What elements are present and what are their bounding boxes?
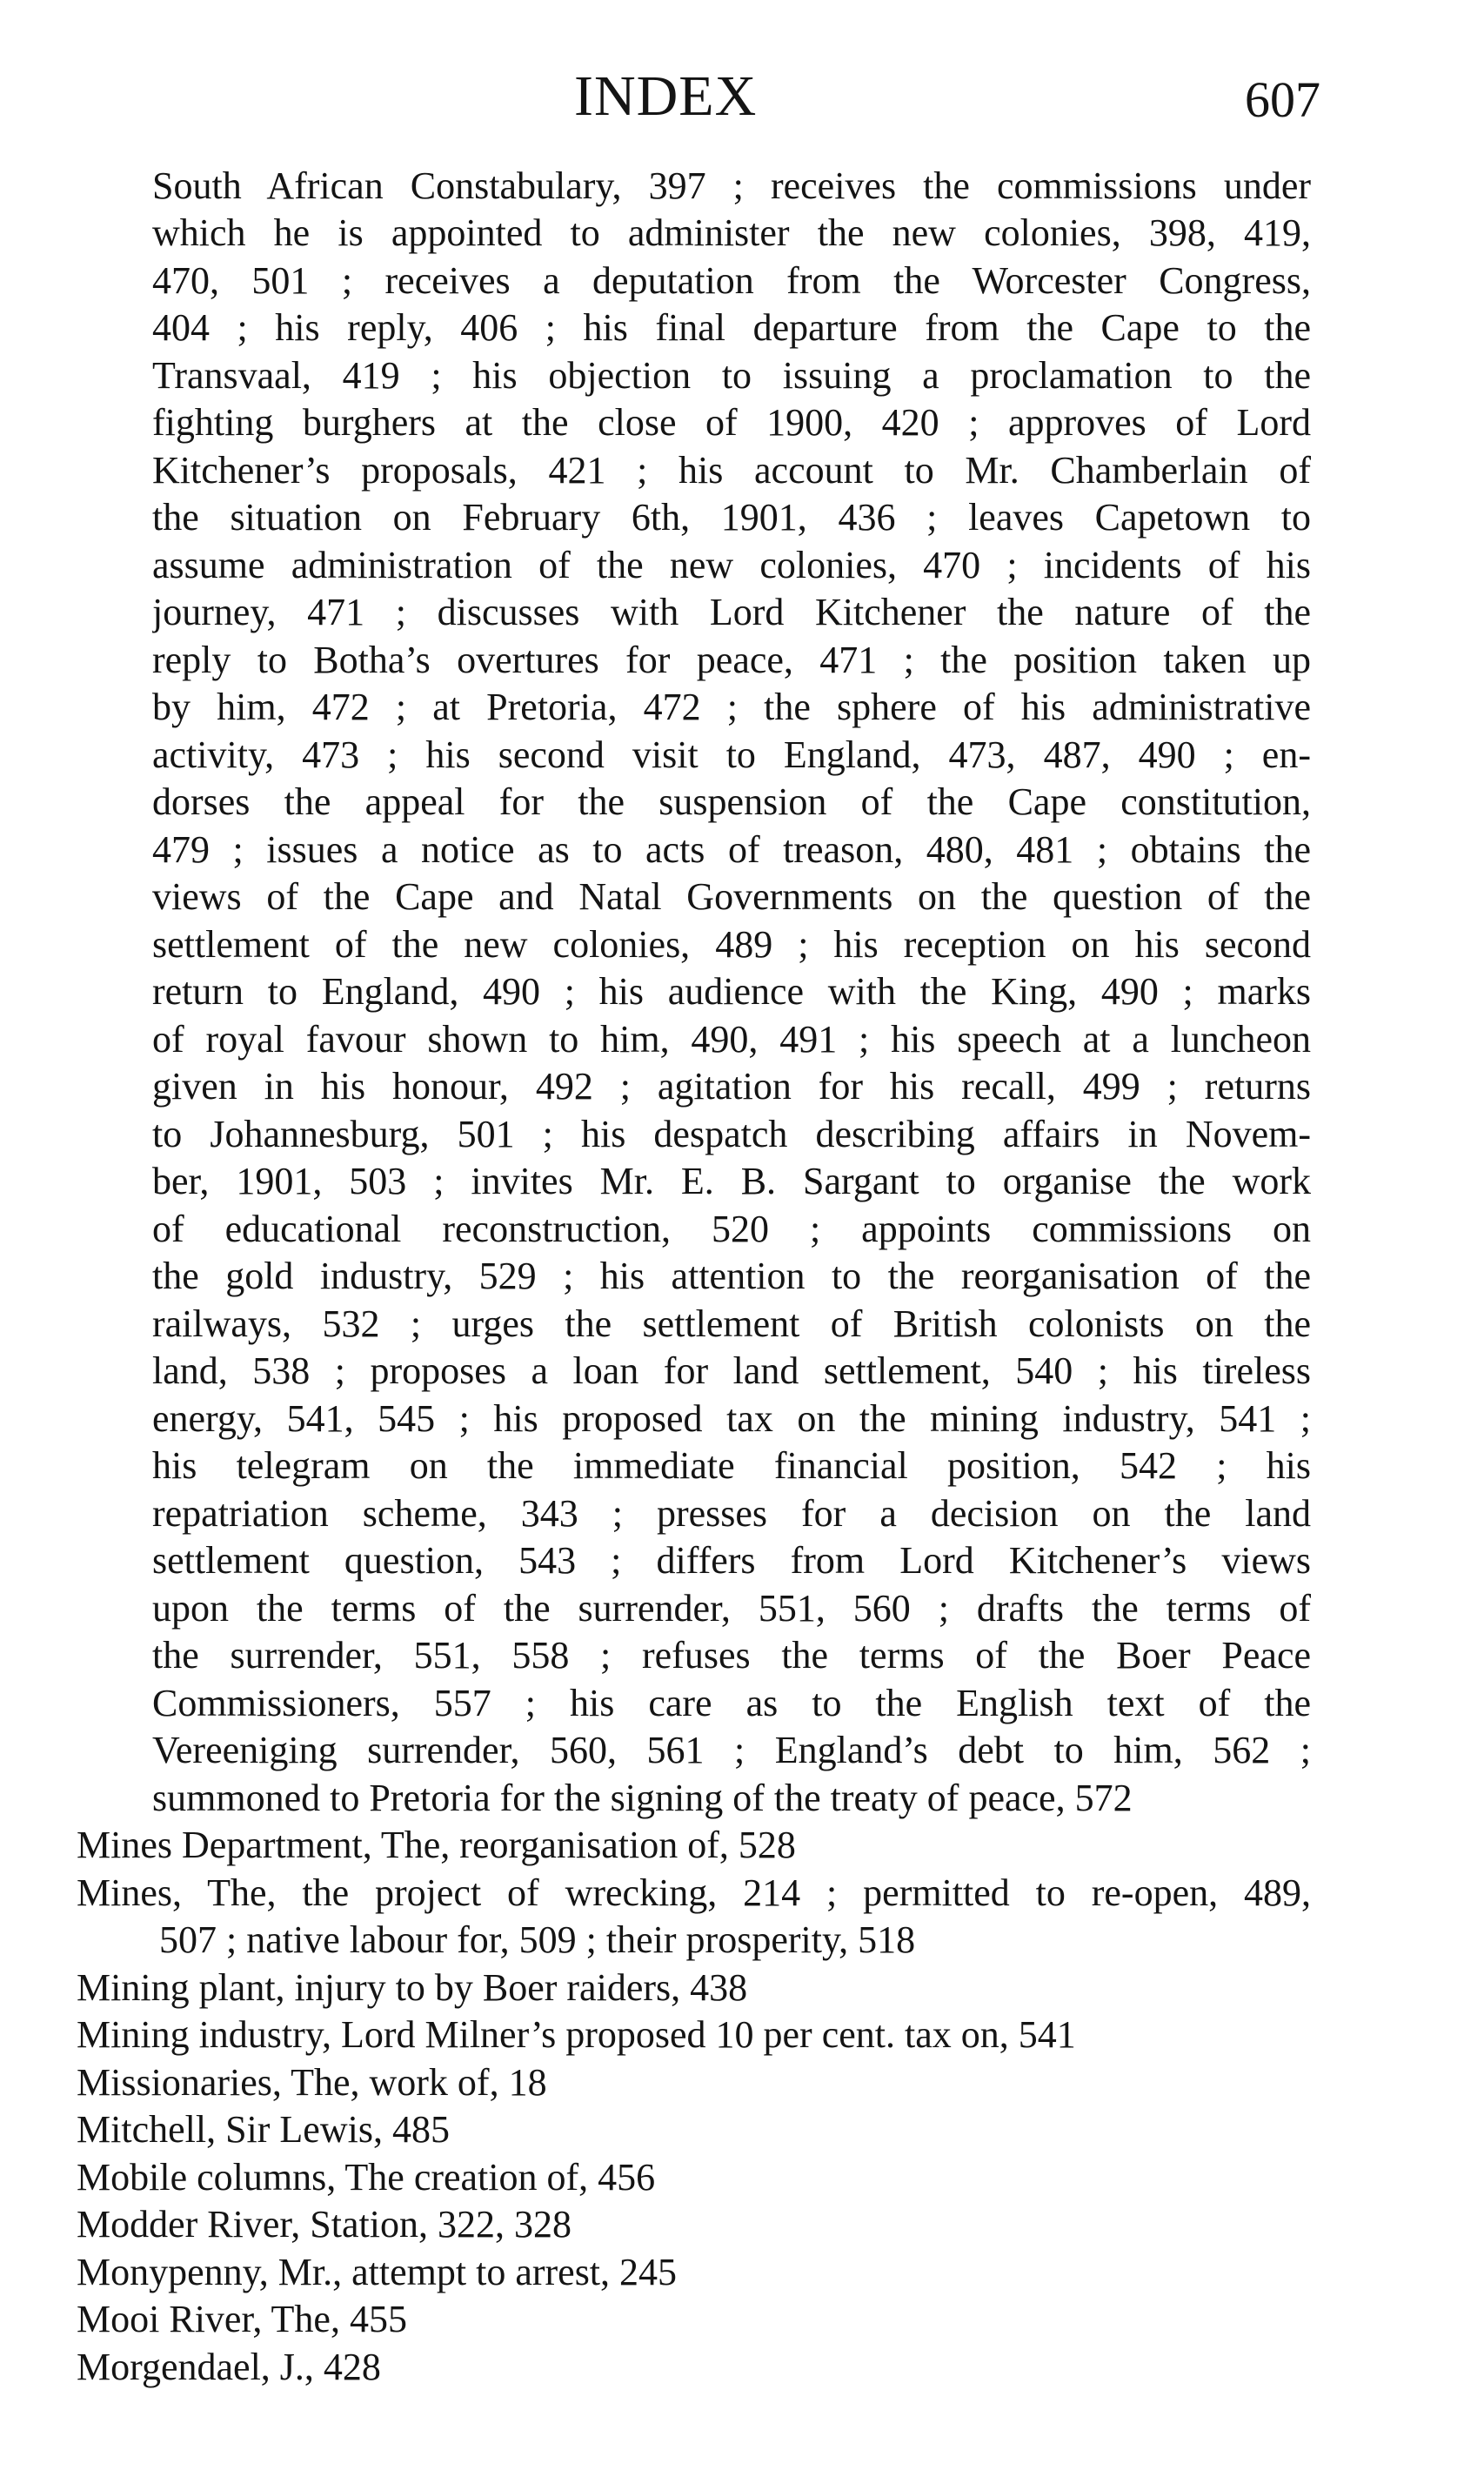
index-line: South African Constabulary, 397 ; receiv…	[152, 163, 1311, 210]
index-line: ber, 1901, 503 ; invites Mr. E. B. Sarga…	[152, 1158, 1311, 1205]
index-line: energy, 541, 545 ; his proposed tax on t…	[152, 1396, 1311, 1443]
index-line: to Johannesburg, 501 ; his despatch desc…	[152, 1111, 1311, 1158]
index-line: railways, 532 ; urges the settlement of …	[152, 1301, 1311, 1348]
index-line: views of the Cape and Natal Governments …	[152, 874, 1311, 920]
index-line: the gold industry, 529 ; his attention t…	[152, 1253, 1311, 1300]
index-line: 479 ; issues a notice as to acts of trea…	[152, 827, 1311, 874]
index-line: activity, 473 ; his second visit to Engl…	[152, 732, 1311, 779]
index-entry-modder-river: Modder River, Station, 322, 328	[77, 2201, 1311, 2248]
index-page: INDEX 607 South African Constabulary, 39…	[0, 0, 1484, 2470]
index-line: dorses the appeal for the suspension of …	[152, 779, 1311, 826]
index-line: journey, 471 ; discusses with Lord Kitch…	[152, 589, 1311, 636]
index-line: Transvaal, 419 ; his objection to issuin…	[152, 352, 1311, 399]
index-line: 404 ; his reply, 406 ; his final departu…	[152, 305, 1311, 351]
index-entry-mitchell: Mitchell, Sir Lewis, 485	[77, 2106, 1311, 2153]
index-line: the surrender, 551, 558 ; refuses the te…	[152, 1632, 1311, 1679]
index-line: which he is appointed to administer the …	[152, 210, 1311, 257]
index-line: land, 538 ; proposes a loan for land set…	[152, 1348, 1311, 1395]
index-line: by him, 472 ; at Pretoria, 472 ; the sph…	[152, 684, 1311, 731]
index-entry-missionaries: Missionaries, The, work of, 18	[77, 2059, 1311, 2106]
index-line: upon the terms of the surrender, 551, 56…	[152, 1585, 1311, 1632]
index-line: repatriation scheme, 343 ; presses for a…	[152, 1490, 1311, 1537]
index-entry-mines-department: Mines Department, The, reorganisation of…	[77, 1822, 1311, 1869]
index-entry-morgendael: Morgendael, J., 428	[77, 2344, 1311, 2391]
index-line: reply to Botha’s overtures for peace, 47…	[152, 637, 1311, 684]
index-line: his telegram on the immediate financial …	[152, 1443, 1311, 1489]
index-line: of royal favour shown to him, 490, 491 ;…	[152, 1016, 1311, 1063]
index-line: the situation on February 6th, 1901, 436…	[152, 494, 1311, 541]
index-entry-mining-plant: Mining plant, injury to by Boer raiders,…	[77, 1965, 1311, 2011]
index-entry-mining-industry: Mining industry, Lord Milner’s proposed …	[77, 2011, 1311, 2058]
index-entry-mooi-river: Mooi River, The, 455	[77, 2296, 1311, 2343]
index-line: of educational reconstruction, 520 ; app…	[152, 1206, 1311, 1253]
running-head-title: INDEX	[574, 66, 802, 127]
index-entry-mines: Mines, The, the project of wrecking, 214…	[77, 1870, 1311, 1917]
page-number: 607	[1225, 70, 1320, 131]
index-line: settlement of the new colonies, 489 ; hi…	[152, 921, 1311, 968]
index-line: 507 ; native labour for, 509 ; their pro…	[159, 1917, 1311, 1964]
index-entry-monypenny: Monypenny, Mr., attempt to arrest, 245	[77, 2249, 1311, 2296]
index-line: summoned to Pretoria for the signing of …	[152, 1775, 1311, 1822]
index-line: settlement question, 543 ; differs from …	[152, 1537, 1311, 1584]
index-line: Vereeniging surrender, 560, 561 ; Englan…	[152, 1727, 1311, 1774]
index-line: assume administration of the new colonie…	[152, 542, 1311, 589]
index-line: 470, 501 ; receives a deputation from th…	[152, 258, 1311, 305]
index-line: Commissioners, 557 ; his care as to the …	[152, 1680, 1311, 1727]
index-line: return to England, 490 ; his audience wi…	[152, 968, 1311, 1015]
index-line: Kitchener’s proposals, 421 ; his account…	[152, 447, 1311, 494]
index-line: fighting burghers at the close of 1900, …	[152, 399, 1311, 446]
index-line: given in his honour, 492 ; agitation for…	[152, 1063, 1311, 1110]
index-entry-mobile-columns: Mobile columns, The creation of, 456	[77, 2154, 1311, 2201]
